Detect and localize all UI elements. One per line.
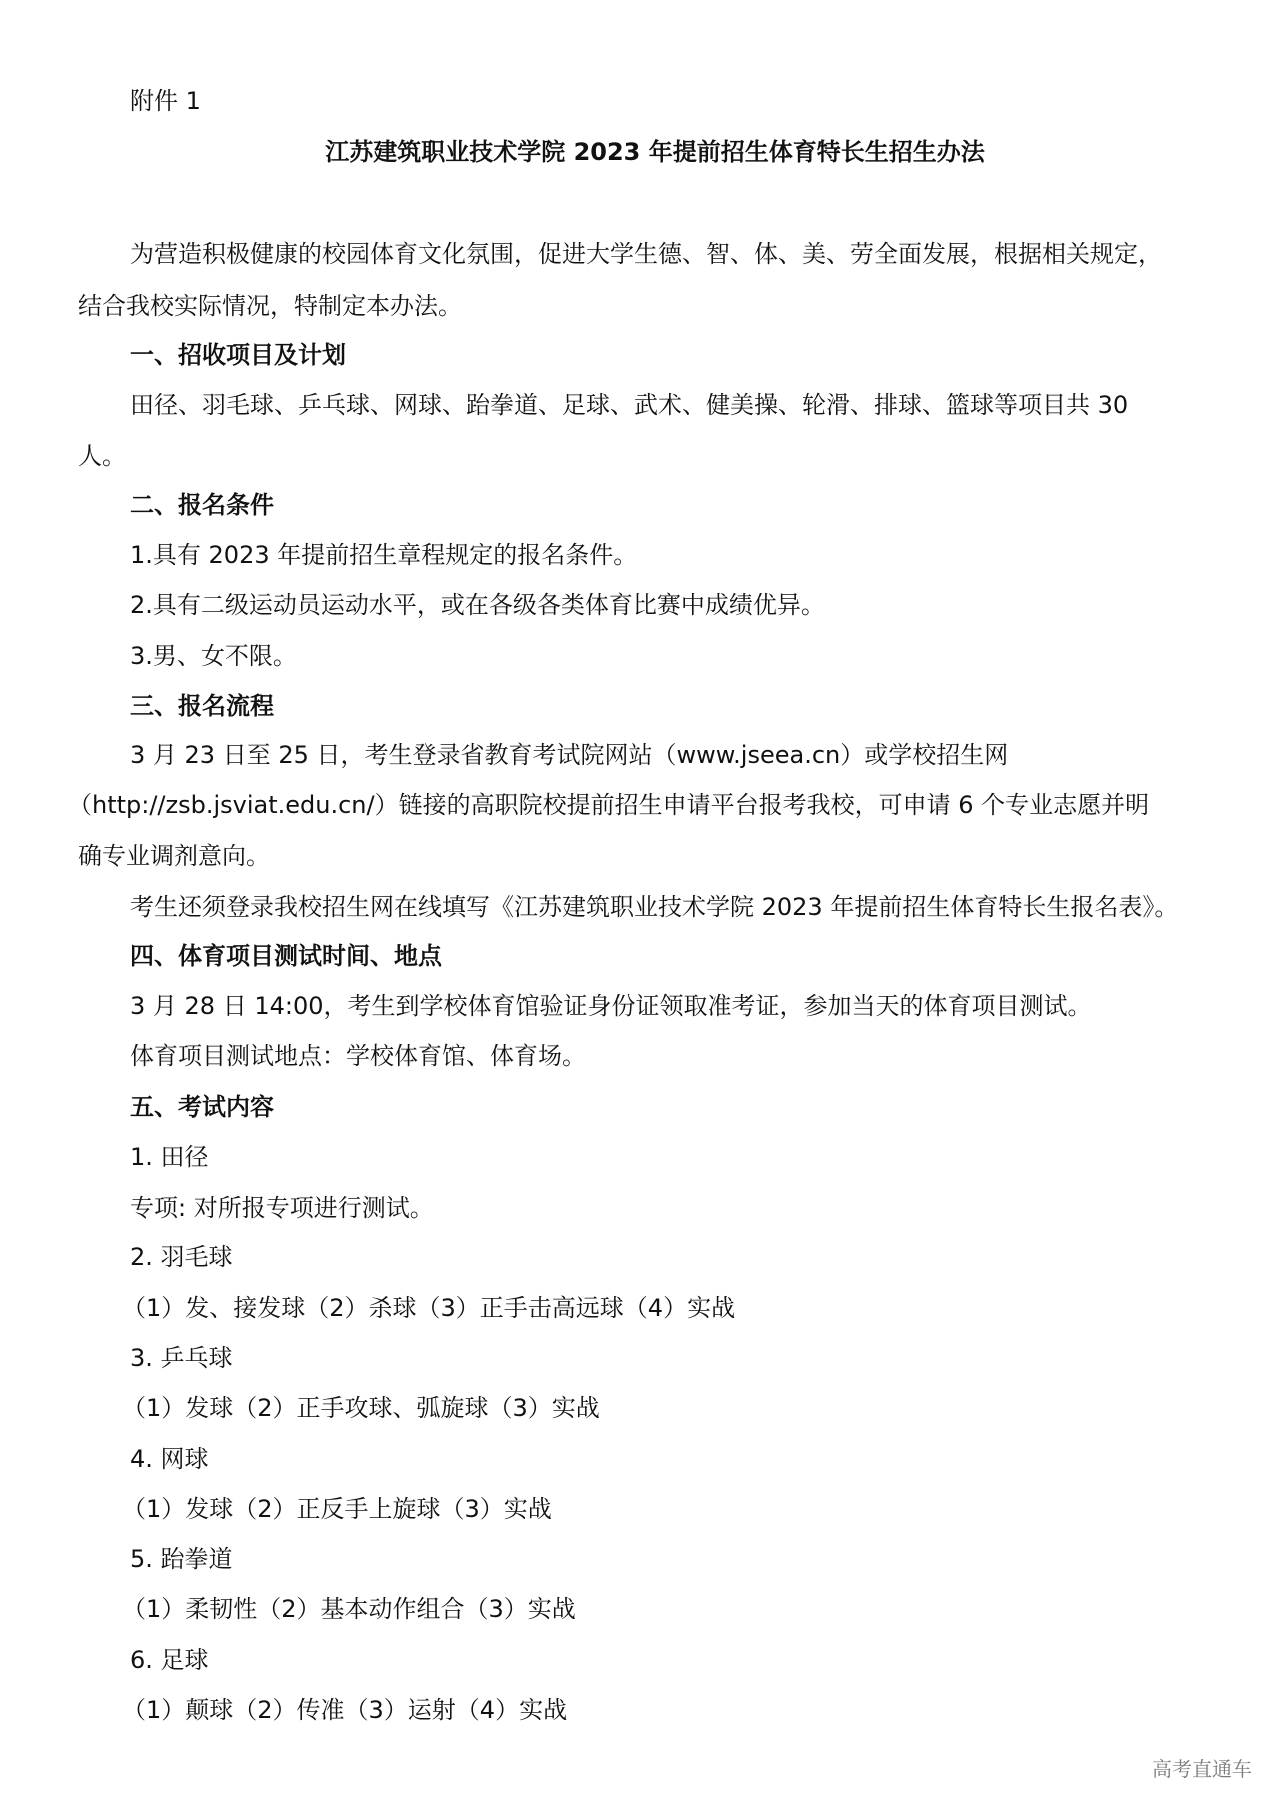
- event-name: 3. 乒乓球: [130, 1343, 233, 1373]
- condition-item: 2.具有二级运动员运动水平，或在各级各类体育比赛中成绩优异。: [130, 590, 825, 620]
- section-1-line-1: 田径、羽毛球、乒乓球、网球、跆拳道、足球、武术、健美操、轮滑、排球、篮球等项目共…: [130, 390, 1128, 420]
- event-name: 4. 网球: [130, 1444, 209, 1474]
- event-detail: （1）发球（2）正反手上旋球（3）实战: [122, 1494, 552, 1524]
- event-name: 5. 跆拳道: [130, 1544, 233, 1574]
- document-title: 江苏建筑职业技术学院 2023 年提前招生体育特长生招生办法: [0, 137, 1280, 167]
- event-detail: 专项: 对所报专项进行测试。: [130, 1193, 434, 1223]
- event-detail: （1）颠球（2）传准（3）运射（4）实战: [122, 1695, 567, 1725]
- condition-item: 1.具有 2023 年提前招生章程规定的报名条件。: [130, 540, 637, 570]
- test-place: 体育项目测试地点：学校体育馆、体育场。: [130, 1041, 586, 1071]
- process-line-3: 确专业调剂意向。: [78, 841, 270, 871]
- intro-line-1: 为营造积极健康的校园体育文化氛围，促进大学生德、智、体、美、劳全面发展，根据相关…: [130, 239, 1162, 269]
- event-detail: （1）发球（2）正手攻球、弧旋球（3）实战: [122, 1393, 600, 1423]
- test-time: 3 月 28 日 14:00，考生到学校体育馆验证身份证领取准考证，参加当天的体…: [130, 991, 1092, 1021]
- section-1-line-2: 人。: [78, 441, 126, 471]
- event-name: 1. 田径: [130, 1142, 209, 1172]
- process-line-1: 3 月 23 日至 25 日，考生登录省教育考试院网站（www.jseea.cn…: [130, 740, 1008, 770]
- intro-line-2: 结合我校实际情况，特制定本办法。: [78, 291, 462, 321]
- event-detail: （1）发、接发球（2）杀球（3）正手击高远球（4）实战: [122, 1293, 735, 1323]
- section-heading-4: 四、体育项目测试时间、地点: [130, 941, 442, 971]
- section-heading-5: 五、考试内容: [130, 1092, 274, 1122]
- section-heading-3: 三、报名流程: [130, 691, 274, 721]
- section-heading-2: 二、报名条件: [130, 490, 274, 520]
- condition-item: 3.男、女不限。: [130, 641, 297, 671]
- attachment-label: 附件 1: [130, 86, 201, 116]
- watermark: 高考直通车: [1152, 1756, 1252, 1782]
- process-line-2: （http://zsb.jsviat.edu.cn/）链接的高职院校提前招生申请…: [68, 790, 1149, 820]
- event-detail: （1）柔韧性（2）基本动作组合（3）实战: [122, 1594, 576, 1624]
- event-name: 6. 足球: [130, 1645, 209, 1675]
- process-registration-form: 考生还须登录我校招生网在线填写《江苏建筑职业技术学院 2023 年提前招生体育特…: [130, 892, 1178, 922]
- section-heading-1: 一、招收项目及计划: [130, 340, 346, 370]
- event-name: 2. 羽毛球: [130, 1242, 233, 1272]
